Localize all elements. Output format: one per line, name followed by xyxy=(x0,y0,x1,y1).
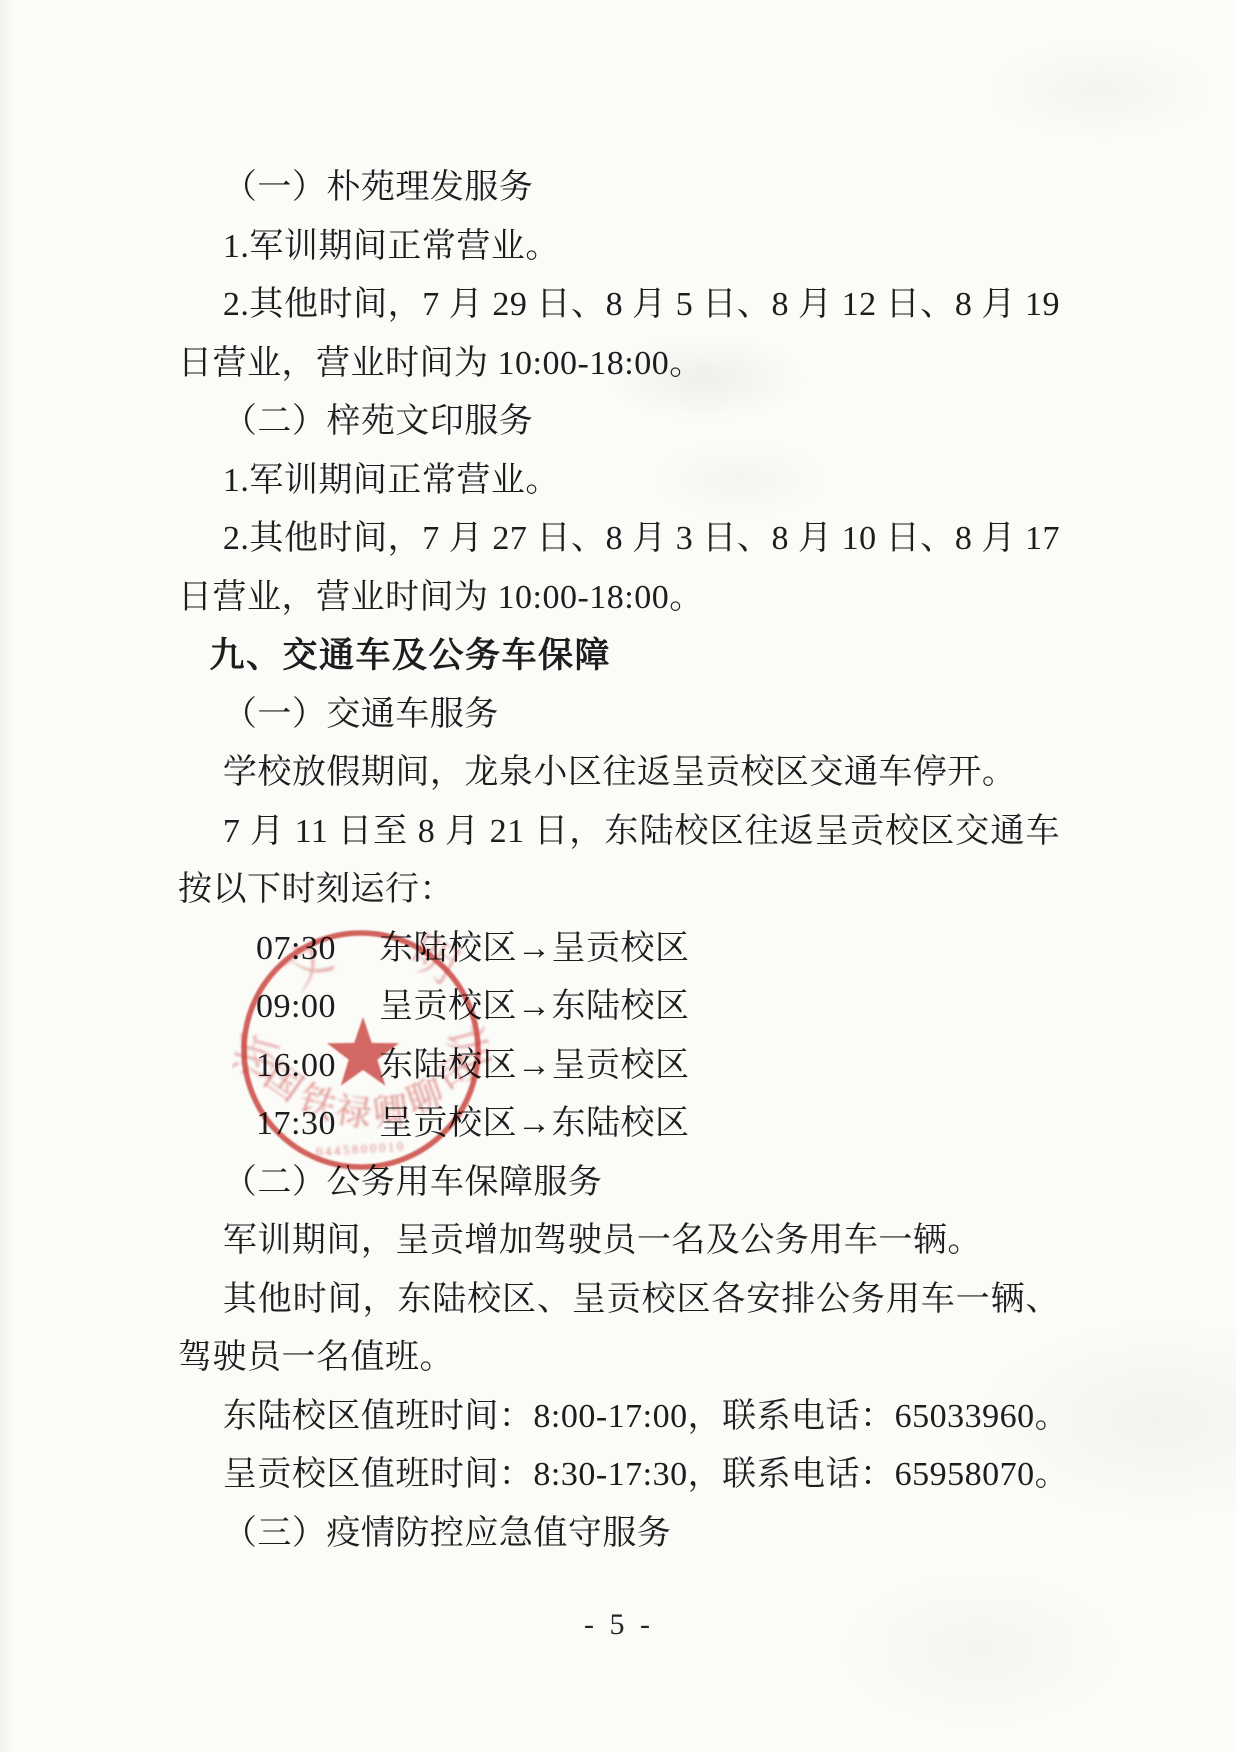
bus-period-line1: 7 月 11 日至 8 月 21 日，东陆校区往返呈贡校区交通车 xyxy=(178,803,1060,862)
bus-schedule-row-3: 16:00 东陆校区→呈贡校区 xyxy=(178,1037,1060,1096)
print-other-days-line2: 日营业，营业时间为 10:00-18:00。 xyxy=(178,569,1060,628)
official-car-other-line2: 驾驶员一名值班。 xyxy=(178,1329,1060,1388)
subheading-official-car: （二）公务用车保障服务 xyxy=(178,1154,1060,1213)
official-car-other-line1: 其他时间，东陆校区、呈贡校区各安排公务用车一辆、 xyxy=(178,1271,1060,1330)
document-body: （一）朴苑理发服务 1.军训期间正常营业。 2.其他时间，7 月 29 日、8 … xyxy=(178,159,1060,1563)
departure-time: 16:00 xyxy=(256,1037,350,1096)
barber-other-days-line2: 日营业，营业时间为 10:00-18:00。 xyxy=(178,335,1060,394)
official-car-military-line: 军训期间，呈贡增加驾驶员一名及公务用车一辆。 xyxy=(178,1212,1060,1271)
departure-time: 09:00 xyxy=(256,978,350,1037)
bus-schedule-row-1: 07:30 东陆校区→呈贡校区 xyxy=(178,920,1060,979)
chenggong-duty-line: 呈贡校区值班时间：8:30-17:30，联系电话：65958070。 xyxy=(178,1446,1060,1505)
subheading-epidemic-service: （三）疫情防控应急值守服务 xyxy=(178,1505,1060,1564)
departure-time: 17:30 xyxy=(256,1095,350,1154)
chapter-heading-transport: 九、交通车及公务车保障 xyxy=(178,627,1060,686)
page-number: - 5 - xyxy=(178,1608,1060,1642)
subheading-bus-service: （一）交通车服务 xyxy=(178,686,1060,745)
subheading-barber-service: （一）朴苑理发服务 xyxy=(178,159,1060,218)
bus-period-line2: 按以下时刻运行： xyxy=(178,861,1060,920)
bus-holiday-line: 学校放假期间，龙泉小区往返呈贡校区交通车停开。 xyxy=(178,744,1060,803)
print-other-days-line1: 2.其他时间，7 月 27 日、8 月 3 日、8 月 10 日、8 月 17 xyxy=(178,510,1060,569)
bus-schedule-row-2: 09:00 呈贡校区→东陆校区 xyxy=(178,978,1060,1037)
bus-route: 东陆校区→呈贡校区 xyxy=(379,920,690,979)
bus-route: 呈贡校区→东陆校区 xyxy=(379,978,690,1037)
barber-military-training-line: 1.军训期间正常营业。 xyxy=(178,218,1060,277)
print-military-training-line: 1.军训期间正常营业。 xyxy=(178,452,1060,511)
bus-schedule-row-4: 17:30 呈贡校区→东陆校区 xyxy=(178,1095,1060,1154)
bus-route: 呈贡校区→东陆校区 xyxy=(379,1095,690,1154)
donglu-duty-line: 东陆校区值班时间：8:00-17:00，联系电话：65033960。 xyxy=(178,1388,1060,1447)
subheading-print-service: （二）梓苑文印服务 xyxy=(178,393,1060,452)
bus-route: 东陆校区→呈贡校区 xyxy=(379,1037,690,1096)
departure-time: 07:30 xyxy=(256,920,350,979)
document-page: （一）朴苑理发服务 1.军训期间正常营业。 2.其他时间，7 月 29 日、8 … xyxy=(0,0,1236,1752)
barber-other-days-line1: 2.其他时间，7 月 29 日、8 月 5 日、8 月 12 日、8 月 19 xyxy=(178,276,1060,335)
